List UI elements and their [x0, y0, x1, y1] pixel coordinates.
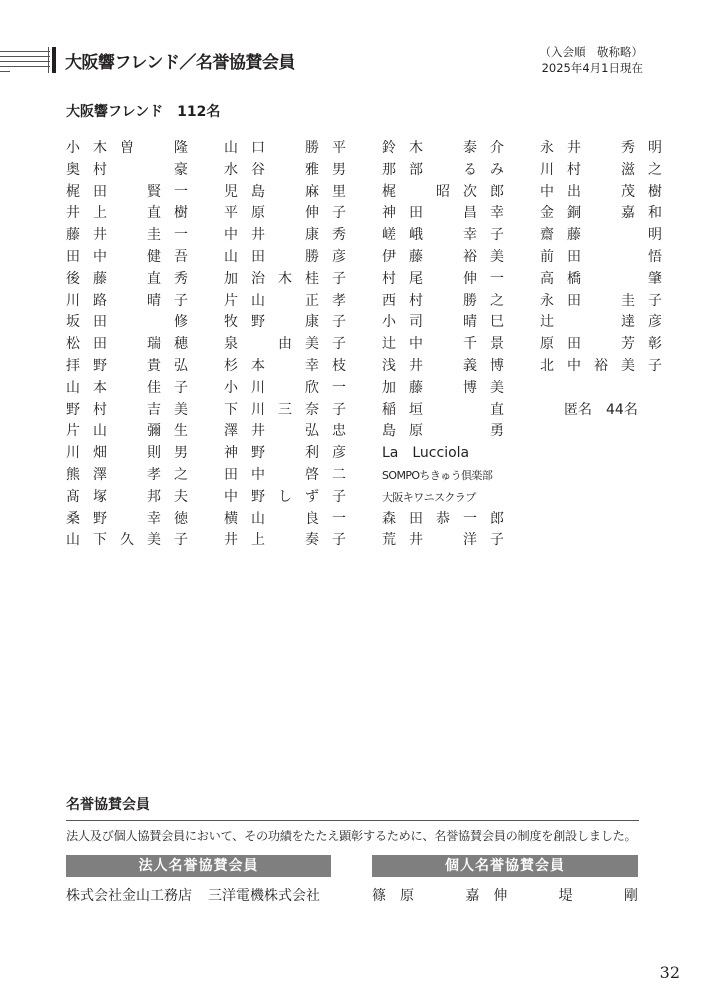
member-name: 村尾伸一 [382, 269, 504, 291]
member-name: 横山良一 [224, 509, 346, 531]
member-name: 平原伸子 [224, 203, 346, 225]
member-name: 浅井義博 [382, 356, 504, 378]
member-name: 嵯峨幸子 [382, 225, 504, 247]
member-name: 坂田修 [66, 312, 188, 334]
member-name: 森田恭一郎 [382, 509, 504, 531]
member-name: 中出茂樹 [540, 182, 662, 204]
member-name: 泉由美子 [224, 334, 346, 356]
member-name: 中井康秀 [224, 225, 346, 247]
member-name: 山本佳子 [66, 378, 188, 400]
individual-member: 堤 [559, 885, 573, 905]
member-name: 松田瑞穂 [66, 334, 188, 356]
member-name: 後藤直秀 [66, 269, 188, 291]
member-name: 下川三奈子 [224, 400, 346, 422]
corporate-honorary-header: 法人名誉協賛会員 [66, 855, 331, 877]
member-name: 梶田賢一 [66, 182, 188, 204]
friends-member-list: 小木曽隆奥村豪梶田賢一井上直樹藤井圭一田中健吾後藤直秀川路晴子坂田修松田瑞穂拝野… [66, 138, 646, 538]
member-name: 片山正孝 [224, 291, 346, 313]
member-name: 加治木桂子 [224, 269, 346, 291]
corporate-member: 三洋電機株式会社 [208, 888, 320, 904]
member-name: 原田芳彰 [540, 334, 662, 356]
member-name: 齋藤明 [540, 225, 662, 247]
member-name: 杉本幸枝 [224, 356, 346, 378]
page-title: 大阪響フレンド／名誉協賛会員 [65, 48, 295, 73]
member-name: 神田昌幸 [382, 203, 504, 225]
member-name: 髙塚邦夫 [66, 487, 188, 509]
friends-count: 112名 [177, 104, 220, 120]
corporate-honorary-list: 株式会社金山工務店三洋電機株式会社 [66, 885, 320, 905]
member-name: 大阪キワニスクラブ [382, 487, 504, 509]
member-name: 奥村豪 [66, 160, 188, 182]
member-name: 牧野康子 [224, 312, 346, 334]
member-name: 水谷雅男 [224, 160, 346, 182]
member-name: 小司晴巳 [382, 312, 504, 334]
member-name: 永井秀明 [540, 138, 662, 160]
individual-honorary-header: 個人名誉協賛会員 [372, 855, 638, 877]
friends-title: 大阪響フレンド [66, 104, 163, 120]
member-name: 伊藤裕美 [382, 247, 504, 269]
member-name: 川畑則男 [66, 443, 188, 465]
member-name: 高橋肇 [540, 269, 662, 291]
member-name: 片山彌生 [66, 421, 188, 443]
member-name: 神野利彦 [224, 443, 346, 465]
individual-member: 剛 [624, 885, 638, 905]
member-name: 野村吉美 [66, 400, 188, 422]
member-name: 辻中千景 [382, 334, 504, 356]
member-column-3: 鈴木泰介那部るみ梶昭次郎神田昌幸嵯峨幸子伊藤裕美村尾伸一西村勝之小司晴巳辻中千景… [382, 138, 504, 552]
member-name: 那部るみ [382, 160, 504, 182]
member-name: 島原勇 [382, 421, 504, 443]
member-name: 荒井洋子 [382, 530, 504, 552]
individual-member: 篠 原 [372, 885, 414, 905]
member-name: 田中健吾 [66, 247, 188, 269]
member-column-2: 山口勝平水谷雅男児島麻里平原伸子中井康秀山田勝彦加治木桂子片山正孝牧野康子泉由美… [224, 138, 346, 552]
sort-note: （入会順 敬称略） [540, 44, 644, 60]
member-name: 山下久美子 [66, 530, 188, 552]
anonymous-count: 匿名 44名 [540, 400, 662, 422]
corporate-member: 株式会社金山工務店 [66, 888, 192, 904]
individual-honorary-list: 篠 原 嘉 伸 堤 剛 [372, 885, 638, 905]
member-column-1: 小木曽隆奥村豪梶田賢一井上直樹藤井圭一田中健吾後藤直秀川路晴子坂田修松田瑞穂拝野… [66, 138, 188, 552]
member-name: 前田悟 [540, 247, 662, 269]
member-name: 藤井圭一 [66, 225, 188, 247]
member-name: 加藤博美 [382, 378, 504, 400]
honorary-section-title: 名誉協賛会員 [66, 794, 150, 814]
member-column-4: 永井秀明川村滋之中出茂樹金銅嘉和齋藤明前田悟高橋肇永田圭子辻達彦原田芳彰北中裕美… [540, 138, 662, 421]
honorary-description: 法人及び個人協賛会員において、その功績をたたえ顕彰するために、名誉協賛会員の制度… [66, 827, 636, 844]
member-name: 熊澤孝之 [66, 465, 188, 487]
member-name: La Lucciola [382, 443, 504, 465]
member-name: 小木曽隆 [66, 138, 188, 160]
member-name: 北中裕美子 [540, 356, 662, 378]
page-meta: （入会順 敬称略） 2025年4月1日現在 [540, 44, 644, 76]
member-name: 西村勝之 [382, 291, 504, 313]
member-name: 山田勝彦 [224, 247, 346, 269]
member-name: 児島麻里 [224, 182, 346, 204]
member-name: 梶昭次郎 [382, 182, 504, 204]
member-name: 拝野貴弘 [66, 356, 188, 378]
member-name: SOMPOちきゅう倶楽部 [382, 465, 504, 487]
as-of-date: 2025年4月1日現在 [540, 60, 644, 76]
member-name: 中野しず子 [224, 487, 346, 509]
member-name: 永田圭子 [540, 291, 662, 313]
member-name: 小川欣一 [224, 378, 346, 400]
friends-section-title: 大阪響フレンド112名 [66, 101, 220, 121]
member-name: 鈴木泰介 [382, 138, 504, 160]
member-name: 稲垣直 [382, 400, 504, 422]
page-number: 32 [660, 963, 680, 982]
member-name: 金銅嘉和 [540, 203, 662, 225]
section-divider [66, 820, 639, 821]
member-name: 辻達彦 [540, 312, 662, 334]
member-name: 井上奏子 [224, 530, 346, 552]
member-name: 川村滋之 [540, 160, 662, 182]
header-decoration-icon [0, 47, 56, 73]
member-name: 山口勝平 [224, 138, 346, 160]
member-name: 田中啓二 [224, 465, 346, 487]
individual-member: 嘉 伸 [465, 885, 507, 905]
member-name: 桑野幸徳 [66, 509, 188, 531]
member-name: 川路晴子 [66, 291, 188, 313]
member-name: 澤井弘忠 [224, 421, 346, 443]
member-name: 井上直樹 [66, 203, 188, 225]
